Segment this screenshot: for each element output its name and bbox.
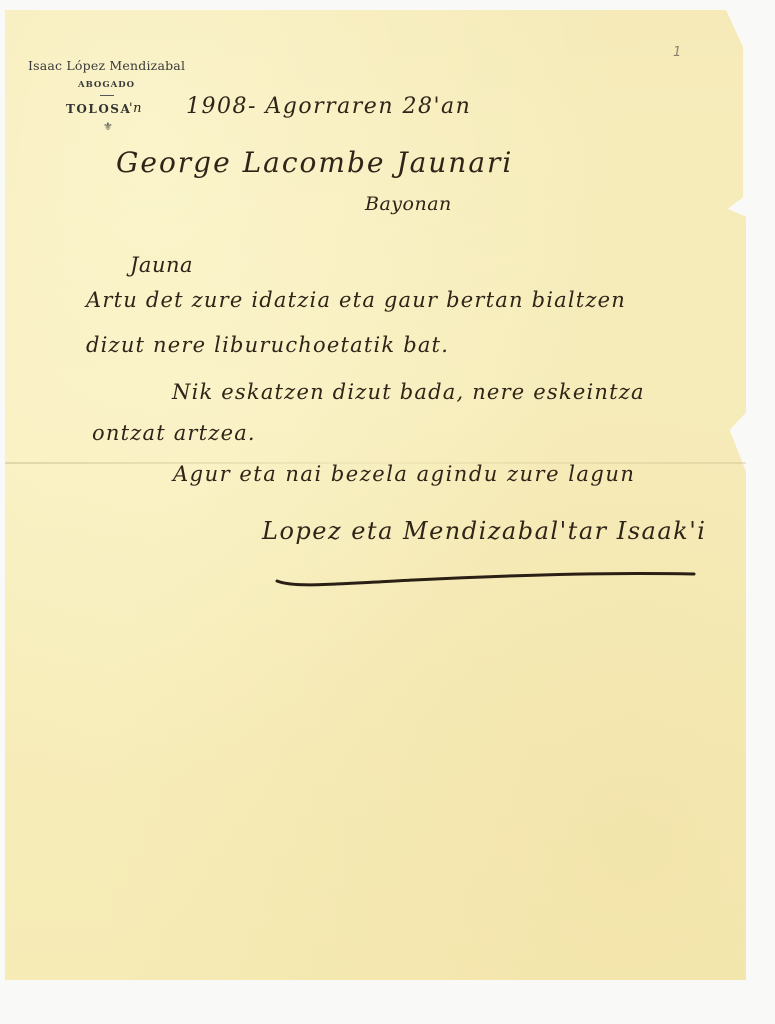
- recipient-name: George Lacombe Jaunari: [116, 146, 513, 179]
- letterhead-title: ABOGADO: [78, 80, 135, 90]
- closing-line: Agur eta nai bezela agindu zure lagun: [173, 462, 635, 486]
- page-number: 1: [673, 45, 681, 60]
- letterhead-divider: [100, 95, 114, 96]
- letterhead-name: Isaac López Mendizabal: [28, 58, 185, 73]
- body-line-2: dizut nere liburuchoetatik bat.: [86, 333, 449, 357]
- body-line-1: Artu det zure idatzia eta gaur bertan bi…: [86, 288, 626, 312]
- signature: Lopez eta Mendizabal'tar Isaak'i: [262, 517, 706, 545]
- fleur-de-lis-icon: ⚜: [103, 120, 113, 133]
- letterhead-city: TOLOSA: [66, 102, 131, 116]
- salutation: Jauna: [130, 253, 193, 277]
- body-line-3: Nik eskatzen dizut bada, nere eskeintza: [172, 380, 645, 404]
- letter-date: 1908- Agorraren 28'an: [186, 94, 471, 119]
- recipient-city: Bayonan: [365, 193, 452, 215]
- place-suffix: 'n: [129, 101, 142, 116]
- signature-underline: [274, 568, 699, 592]
- body-line-4: ontzat artzea.: [92, 421, 256, 445]
